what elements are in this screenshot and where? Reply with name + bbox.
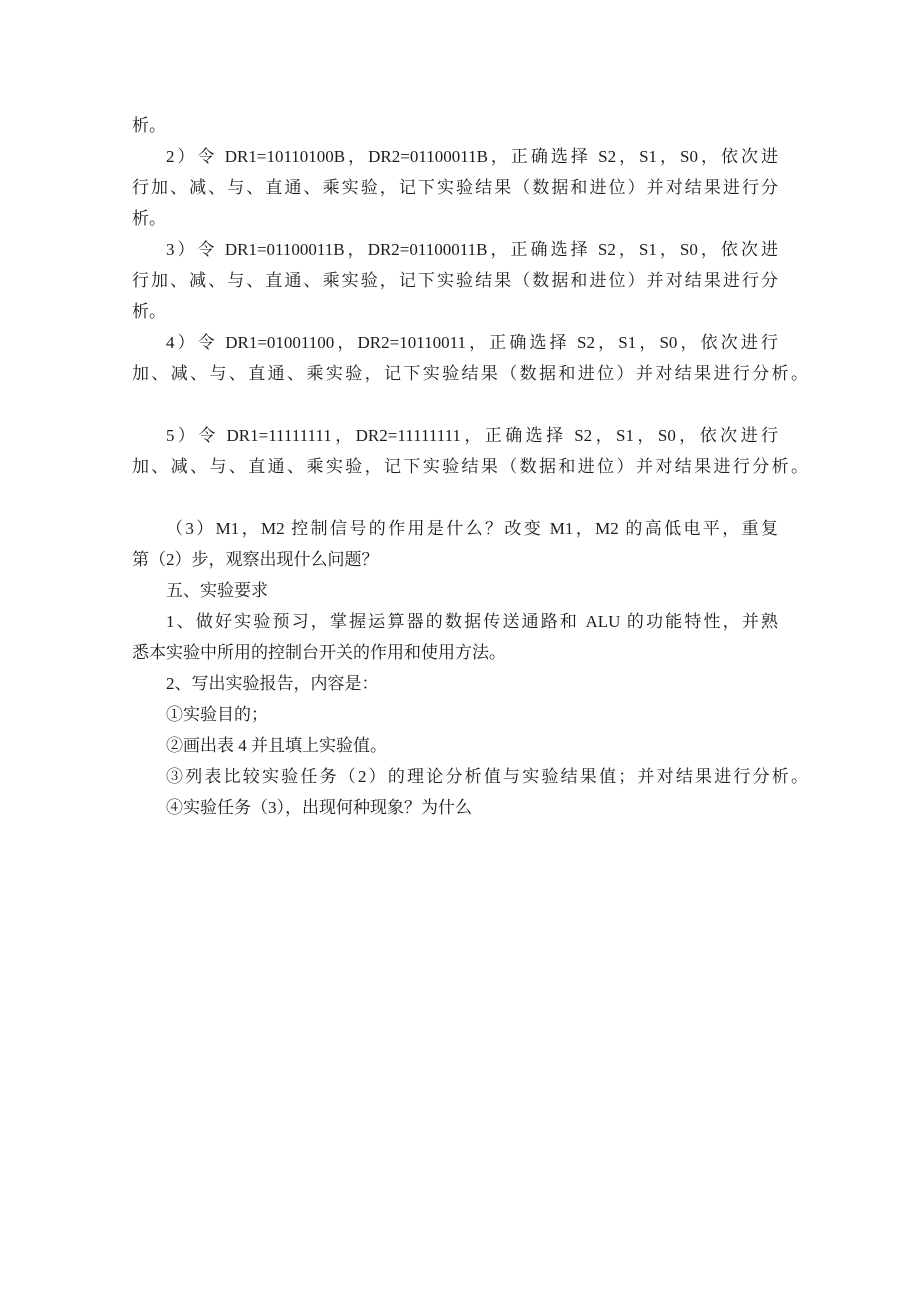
text-line: 析。 [132, 110, 778, 141]
text-line: 2、写出实验报告，内容是： [132, 668, 778, 699]
text-line: 2）令 DR1=10110100B，DR2=01100011B，正确选择 S2，… [132, 141, 778, 172]
list-item: ①实验目的； [132, 699, 778, 730]
text-line: 行加、减、与、直通、乘实验，记下实验结果（数据和进位）并对结果进行分 [132, 172, 778, 203]
blank-line [132, 389, 778, 420]
text-line: 加、减、与、直通、乘实验，记下实验结果（数据和进位）并对结果进行分析。 [132, 451, 808, 482]
section-heading: 五、实验要求 [132, 575, 778, 606]
text-line: 第（2）步，观察出现什么问题？ [132, 544, 778, 575]
text-line: 5）令 DR1=11111111，DR2=11111111，正确选择 S2，S1… [132, 420, 778, 451]
text-line: 悉本实验中所用的控制台开关的作用和使用方法。 [132, 637, 778, 668]
blank-line [132, 482, 778, 513]
text-line: 4）令 DR1=01001100，DR2=10110011，正确选择 S2，S1… [132, 327, 778, 358]
text-line: 行加、减、与、直通、乘实验，记下实验结果（数据和进位）并对结果进行分 [132, 265, 778, 296]
list-item: ④实验任务（3），出现何种现象？为什么 [132, 792, 778, 823]
text-line: 析。 [132, 296, 778, 327]
text-line: （3）M1，M2 控制信号的作用是什么？改变 M1，M2 的高低电平，重复 [132, 513, 778, 544]
list-item: ③列表比较实验任务（2）的理论分析值与实验结果值；并对结果进行分析。 [132, 761, 808, 792]
text-line: 1、做好实验预习，掌握运算器的数据传送通路和 ALU 的功能特性，并熟 [132, 606, 778, 637]
text-line: 加、减、与、直通、乘实验，记下实验结果（数据和进位）并对结果进行分析。 [132, 358, 808, 389]
list-item: ②画出表 4 并且填上实验值。 [132, 730, 778, 761]
document-page: 析。 2）令 DR1=10110100B，DR2=01100011B，正确选择 … [132, 110, 778, 823]
text-line: 3）令 DR1=01100011B，DR2=01100011B，正确选择 S2，… [132, 234, 778, 265]
text-line: 析。 [132, 203, 778, 234]
